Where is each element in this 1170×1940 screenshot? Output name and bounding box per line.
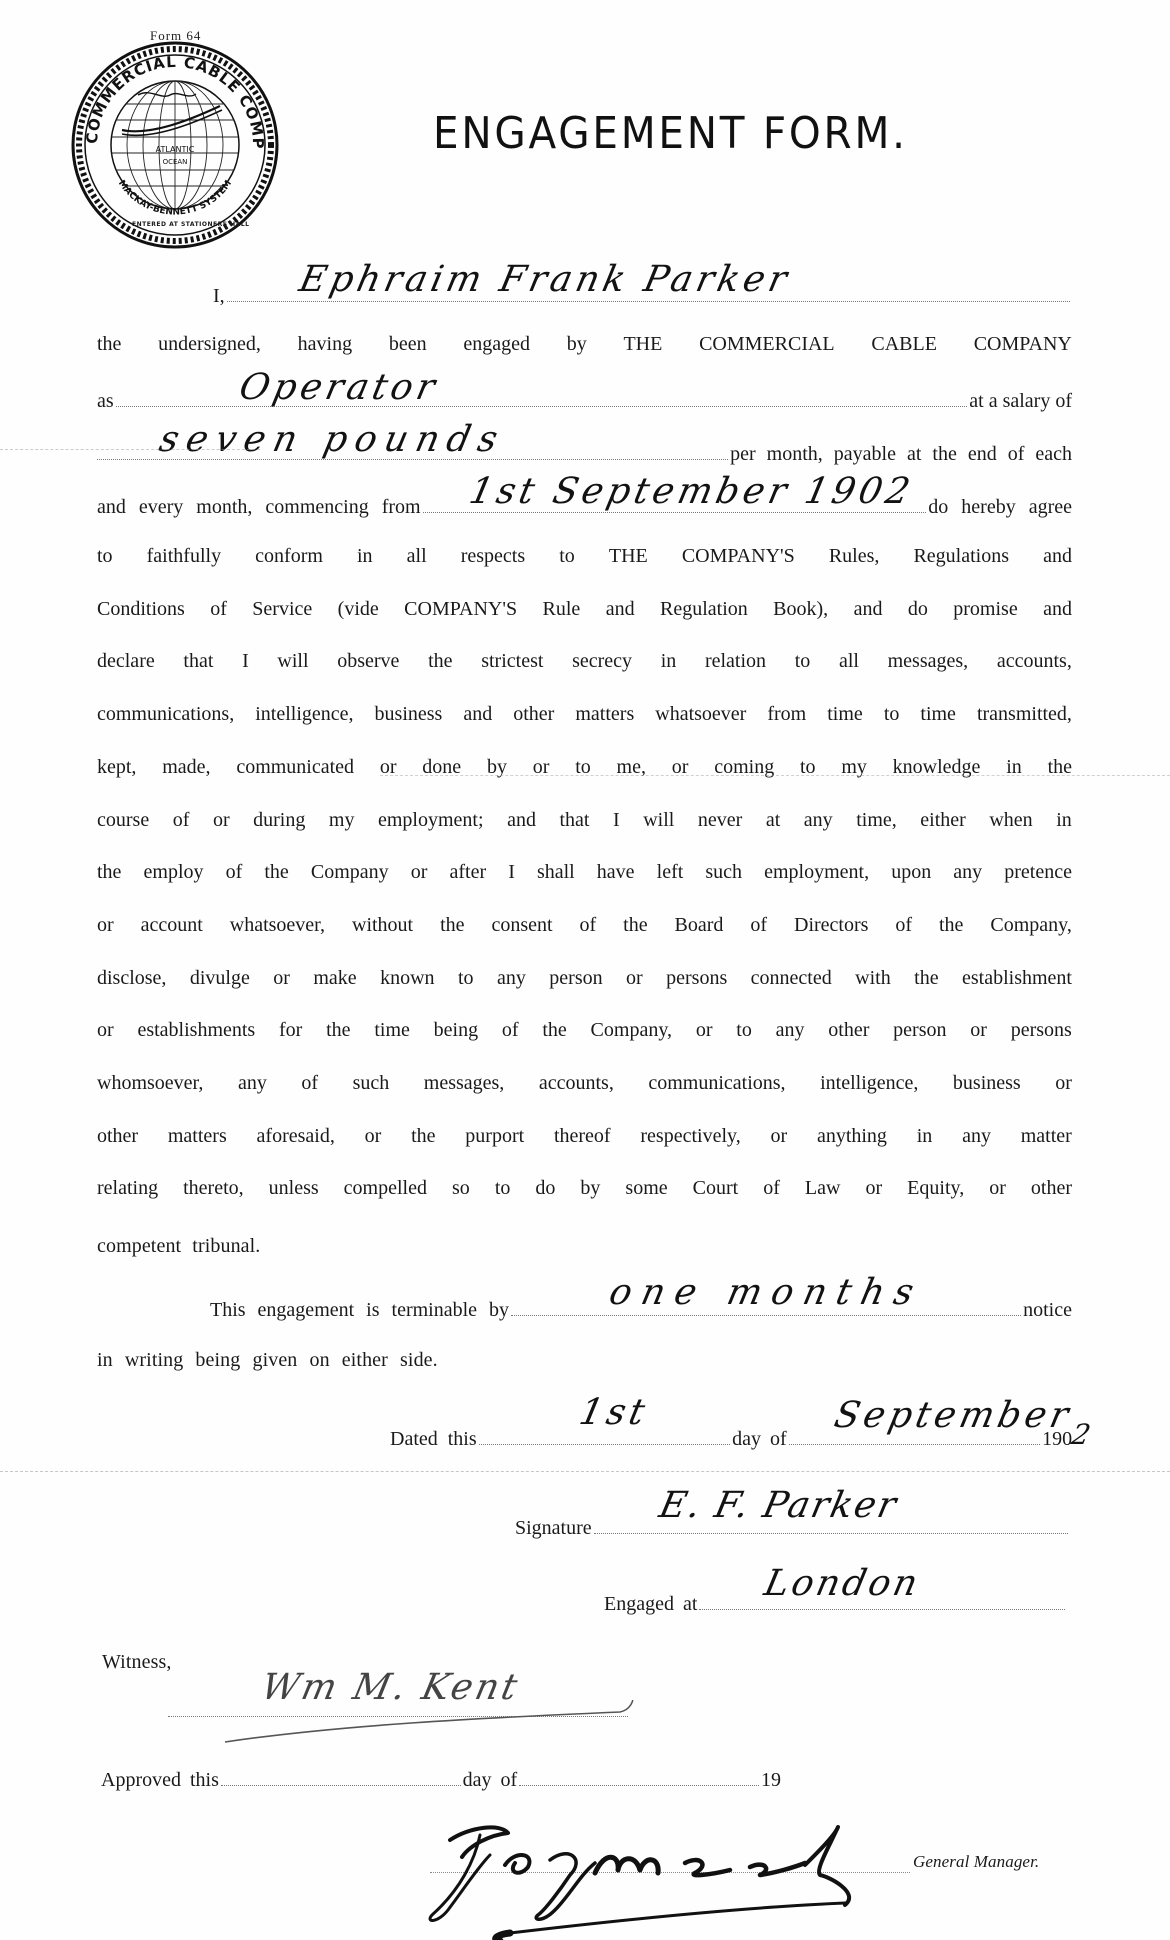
word: or	[970, 1020, 987, 1040]
body-line: othermattersaforesaid,orthepurportthereo…	[97, 1126, 1072, 1146]
signature-label: Signature	[515, 1518, 592, 1538]
word: in	[917, 1126, 933, 1146]
word: or	[365, 1126, 382, 1146]
word: my	[329, 810, 355, 830]
word: or	[1055, 1073, 1072, 1093]
company-seal-icon: THE COMMERCIAL CABLE COMPANY MACKAY-BENN…	[70, 40, 280, 250]
word: or	[273, 968, 290, 988]
salary-label: at a salary of	[969, 391, 1072, 411]
approved-year-prefix: 19	[761, 1770, 781, 1790]
word: Law	[805, 1178, 841, 1198]
engaged-by-line: theundersigned,havingbeenengagedbyTHECOM…	[97, 334, 1072, 354]
word: to	[795, 651, 811, 671]
word: or	[97, 1020, 114, 1040]
writing-line: in writing being given on either side.	[97, 1350, 438, 1370]
word: that	[559, 810, 589, 830]
word: engaged	[463, 334, 530, 354]
word: with	[855, 968, 891, 988]
word: I	[508, 862, 515, 882]
word: have	[597, 862, 635, 882]
word: person	[549, 968, 602, 988]
word: of	[173, 810, 190, 830]
word: establishments	[137, 1020, 255, 1040]
word: to	[559, 546, 575, 566]
word: any	[497, 968, 526, 988]
svg-text:OCEAN: OCEAN	[163, 158, 188, 166]
fold-crease	[0, 449, 260, 450]
word: the	[97, 334, 121, 354]
word: from	[767, 704, 806, 724]
word: time,	[856, 810, 897, 830]
word: matters	[168, 1126, 227, 1146]
word: to	[800, 757, 816, 777]
word: been	[389, 334, 427, 354]
word: the	[623, 915, 647, 935]
word: declare	[97, 651, 155, 671]
salary-value: seven pounds	[156, 422, 508, 458]
word: compelled	[344, 1178, 427, 1198]
word: or	[213, 810, 230, 830]
word: promise	[953, 599, 1017, 619]
word: employment,	[764, 862, 869, 882]
word: COMPANY'S	[404, 599, 517, 619]
word: when	[989, 810, 1032, 830]
word: do	[908, 599, 928, 619]
word: unless	[269, 1178, 319, 1198]
word: or	[989, 1178, 1006, 1198]
body-line: theemployoftheCompanyorafterIshallhavele…	[97, 862, 1072, 882]
word: me,	[617, 757, 646, 777]
word: conform	[255, 546, 323, 566]
word: for	[279, 1020, 302, 1040]
page-title: ENGAGEMENT FORM.	[433, 108, 908, 159]
word: after	[449, 862, 486, 882]
word: Directors	[794, 915, 868, 935]
word: the	[411, 1126, 435, 1146]
word: I	[613, 810, 620, 830]
word: COMMERCIAL	[699, 334, 835, 354]
word: of	[895, 915, 912, 935]
word: other	[1031, 1178, 1072, 1198]
signature-value: E. F. Parker	[656, 1488, 901, 1524]
word: anything	[817, 1126, 887, 1146]
word: or	[696, 1020, 713, 1040]
word: the	[428, 651, 452, 671]
word: time	[827, 704, 863, 724]
day-of-label: day of	[732, 1429, 787, 1449]
approved-label: Approved this	[101, 1770, 219, 1790]
word: I	[242, 651, 249, 671]
dated-month-value: September	[831, 1398, 1075, 1434]
body-line: ConditionsofService(videCOMPANY'SRuleand…	[97, 599, 1072, 619]
word: secrecy	[572, 651, 632, 671]
word: upon	[891, 862, 931, 882]
word: of	[763, 1178, 780, 1198]
word: strictest	[481, 651, 543, 671]
word: any	[962, 1126, 991, 1146]
word: the	[326, 1020, 350, 1040]
word: in	[357, 546, 373, 566]
word: of	[210, 599, 227, 619]
word: faithfully	[147, 546, 221, 566]
body-line: orestablishmentsforthetimebeingoftheComp…	[97, 1020, 1072, 1040]
engaged-at-value: London	[761, 1566, 923, 1602]
word: THE	[623, 334, 662, 354]
word: to	[97, 546, 113, 566]
approved-field[interactable]: Approved this day of 19	[101, 1766, 781, 1790]
word: my	[841, 757, 867, 777]
word: other	[513, 704, 554, 724]
terminable-label: This engagement is terminable by	[210, 1300, 509, 1320]
word: whatsoever,	[230, 915, 325, 935]
per-month-text: per month, payable at the end of each	[730, 444, 1072, 464]
word: of	[580, 915, 597, 935]
word: any	[776, 1020, 805, 1040]
word: the	[440, 915, 464, 935]
word: shall	[537, 862, 575, 882]
word: or	[865, 1178, 882, 1198]
fold-crease	[380, 775, 1170, 776]
word: relation	[705, 651, 766, 671]
word: Regulation	[660, 599, 748, 619]
body-line: communications,intelligence,businessando…	[97, 704, 1072, 724]
word: the	[264, 862, 288, 882]
word: being	[434, 1020, 478, 1040]
approved-day-dotted-line[interactable]	[221, 1785, 461, 1786]
word: employment;	[378, 810, 484, 830]
word: at	[766, 810, 780, 830]
word: to	[884, 704, 900, 724]
word: Equity,	[907, 1178, 964, 1198]
word: Rule	[543, 599, 581, 619]
word: persons	[1011, 1020, 1072, 1040]
word: establishment	[962, 968, 1072, 988]
word: accounts,	[997, 651, 1072, 671]
engaged-at-dotted-line	[699, 1609, 1065, 1610]
word: Service	[252, 599, 312, 619]
body-line: disclose,divulgeormakeknowntoanypersonor…	[97, 968, 1072, 988]
body-line: whomsoever,anyofsuchmessages,accounts,co…	[97, 1073, 1072, 1093]
word: thereof	[554, 1126, 611, 1146]
word: business	[375, 704, 443, 724]
word: in	[1056, 810, 1072, 830]
word: aforesaid,	[257, 1126, 335, 1146]
word: the	[914, 968, 938, 988]
word: known	[380, 968, 434, 988]
dated-label: Dated this	[390, 1429, 477, 1449]
notice-label: notice	[1023, 1300, 1072, 1320]
body-line: courseoforduringmyemployment;andthatIwil…	[97, 810, 1072, 830]
word: thereto,	[183, 1178, 244, 1198]
word: Board	[675, 915, 724, 935]
word: transmitted,	[977, 704, 1072, 724]
word: relating	[97, 1178, 158, 1198]
word: and	[854, 599, 883, 619]
word: any	[804, 810, 833, 830]
word: messages,	[888, 651, 969, 671]
word: such	[705, 862, 742, 882]
word: some	[625, 1178, 667, 1198]
word: and	[1043, 546, 1072, 566]
word: disclose,	[97, 968, 166, 988]
commencing-text: and every month, commencing from	[97, 497, 421, 517]
seal-footer-text: ENTERED AT STATIONERS HALL	[132, 222, 249, 228]
dated-day-value: 1st	[576, 1395, 652, 1431]
word: in	[661, 651, 677, 671]
body-line: declarethatIwillobservethestrictestsecre…	[97, 651, 1072, 671]
word: communications,	[648, 1073, 785, 1093]
word: do	[535, 1178, 555, 1198]
word: by	[580, 1178, 600, 1198]
approved-month-dotted-line[interactable]	[519, 1785, 759, 1786]
word: matters	[575, 704, 634, 724]
word: intelligence,	[820, 1073, 918, 1093]
word: in	[1006, 757, 1022, 777]
word: the	[939, 915, 963, 935]
word: and	[507, 810, 536, 830]
word: Company	[311, 862, 389, 882]
word: Regulations	[913, 546, 1009, 566]
word: THE	[609, 546, 648, 566]
word: that	[183, 651, 213, 671]
word: to	[575, 757, 591, 777]
word: intelligence,	[255, 704, 353, 724]
word: the	[97, 862, 121, 882]
body-line: tofaithfullyconforminallrespectstoTHECOM…	[97, 546, 1072, 566]
word: Company,	[591, 1020, 672, 1040]
word: COMPANY	[974, 334, 1072, 354]
svg-text:ATLANTIC: ATLANTIC	[156, 145, 195, 154]
word: business	[953, 1073, 1021, 1093]
word: or	[380, 757, 397, 777]
word: the	[1048, 757, 1072, 777]
word: to	[736, 1020, 752, 1040]
word: purport	[465, 1126, 524, 1146]
word: or	[672, 757, 689, 777]
word: by	[487, 757, 507, 777]
word: during	[253, 810, 305, 830]
word: connected	[751, 968, 832, 988]
word: all	[839, 651, 859, 671]
word: messages,	[424, 1073, 505, 1093]
word: Conditions	[97, 599, 185, 619]
word: and	[606, 599, 635, 619]
word: time	[920, 704, 956, 724]
word: having	[298, 334, 352, 354]
word: without	[352, 915, 413, 935]
word: such	[353, 1073, 390, 1093]
word: COMPANY'S	[682, 546, 795, 566]
approved-day-of-label: day of	[463, 1770, 518, 1790]
word: Company,	[990, 915, 1071, 935]
word: and	[463, 704, 492, 724]
word: by	[567, 334, 587, 354]
word: observe	[337, 651, 399, 671]
word: of	[301, 1073, 318, 1093]
body-line: oraccountwhatsoever,withouttheconsentoft…	[97, 915, 1072, 935]
name-dotted-line	[227, 301, 1070, 302]
word: or	[411, 862, 428, 882]
word: of	[750, 915, 767, 935]
word: coming	[714, 757, 774, 777]
manager-title: General Manager.	[913, 1853, 1039, 1870]
word: kept,	[97, 757, 136, 777]
word: communications,	[97, 704, 234, 724]
word: of	[502, 1020, 519, 1040]
dated-year-written: 2	[1069, 1421, 1093, 1449]
word: pretence	[1004, 862, 1072, 882]
word: will	[643, 810, 674, 830]
word: employ	[144, 862, 204, 882]
word: of	[226, 862, 243, 882]
word: or	[533, 757, 550, 777]
word: or	[626, 968, 643, 988]
word: persons	[666, 968, 727, 988]
word: make	[313, 968, 356, 988]
word: or	[770, 1126, 787, 1146]
body-last-line: competent tribunal.	[97, 1236, 260, 1256]
word: and	[1043, 599, 1072, 619]
word: left	[657, 862, 684, 882]
dated-month-dotted-line	[789, 1444, 1040, 1445]
word: other	[97, 1126, 138, 1146]
word: either	[920, 810, 966, 830]
body-line: kept,made,communicatedordonebyortome,orc…	[97, 757, 1072, 777]
as-label: as	[97, 391, 114, 411]
engaged-at-label: Engaged at	[604, 1594, 697, 1614]
word: Rules,	[829, 546, 880, 566]
word: course	[97, 810, 149, 830]
word: consent	[491, 915, 552, 935]
word: any	[953, 862, 982, 882]
manager-signature-icon	[420, 1815, 950, 1940]
word: time	[374, 1020, 410, 1040]
word: accounts,	[539, 1073, 614, 1093]
word: other	[828, 1020, 869, 1040]
dated-day-dotted-line	[479, 1444, 730, 1445]
fold-crease	[0, 1471, 1170, 1472]
start-date-dotted-line	[423, 512, 927, 513]
word: divulge	[190, 968, 250, 988]
witness-flourish	[220, 1700, 640, 1750]
word: to	[458, 968, 474, 988]
position-value: Operator	[236, 370, 442, 406]
word: undersigned,	[158, 334, 261, 354]
word: whomsoever,	[97, 1073, 203, 1093]
word: Book),	[773, 599, 828, 619]
word: person	[893, 1020, 946, 1040]
word: account	[141, 915, 203, 935]
start-date-value: 1st September 1902	[466, 474, 916, 510]
signature-dotted-line	[594, 1533, 1068, 1534]
i-label: I,	[213, 286, 225, 306]
word: never	[698, 810, 742, 830]
agree-text: do hereby agree	[928, 497, 1072, 517]
word: all	[407, 546, 427, 566]
word: Court	[693, 1178, 739, 1198]
notice-period-value: one months	[606, 1275, 926, 1311]
word: the	[542, 1020, 566, 1040]
word: matter	[1021, 1126, 1072, 1146]
word: to	[495, 1178, 511, 1198]
engagement-form-page: Form 64 THE COMMERCIAL CABLE COMPANY	[0, 0, 1170, 1940]
word: knowledge	[893, 757, 981, 777]
employee-name-value: Ephraim Frank Parker	[296, 262, 794, 298]
word: communicated	[236, 757, 354, 777]
word: made,	[162, 757, 210, 777]
notice-dotted-line	[511, 1315, 1021, 1316]
word: will	[277, 651, 308, 671]
word: respectively,	[640, 1126, 740, 1146]
word: respects	[461, 546, 525, 566]
word: done	[422, 757, 461, 777]
word: or	[97, 915, 114, 935]
body-line: relatingthereto,unlesscompelledsotodobys…	[97, 1178, 1072, 1198]
word: whatsoever	[655, 704, 746, 724]
word: CABLE	[871, 334, 937, 354]
witness-label: Witness,	[102, 1652, 171, 1672]
word: so	[452, 1178, 470, 1198]
word: (vide	[338, 599, 379, 619]
word: any	[238, 1073, 267, 1093]
